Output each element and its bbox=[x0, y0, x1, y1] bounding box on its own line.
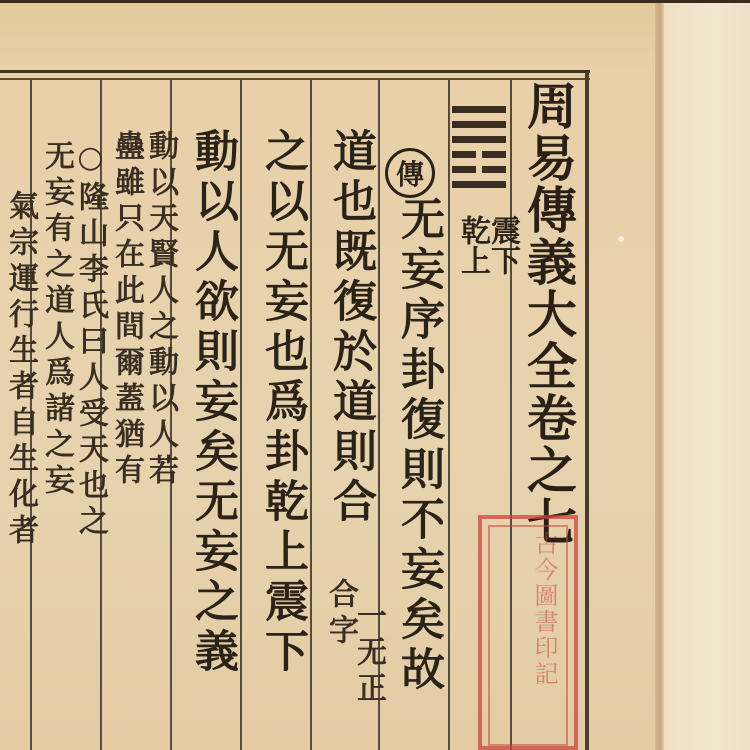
text-column-2-note-b: 一无正 bbox=[346, 600, 390, 708]
text-column-2: 道也既復於道則合 bbox=[318, 128, 382, 528]
hexagram-line bbox=[452, 136, 506, 143]
text-column-7: 氣宗運行生者自生化者 bbox=[0, 190, 42, 550]
text-column-4: 動以人欲則妄矣无妄之義 bbox=[180, 128, 244, 678]
frame-top-border bbox=[0, 70, 590, 80]
upper-trigram-label: 乾上 bbox=[450, 215, 494, 275]
hexagram-line bbox=[452, 151, 506, 158]
top-shadow bbox=[0, 0, 750, 3]
commentary-mark-icon: 傳 bbox=[385, 148, 435, 198]
hexagram-line bbox=[452, 181, 506, 188]
hexagram-line bbox=[452, 106, 506, 113]
book-title: 周易傳義大全卷之七 bbox=[512, 80, 584, 548]
text-column-3: 之以无妄也爲卦乾上震下 bbox=[250, 128, 314, 678]
hexagram-symbol bbox=[452, 98, 506, 196]
text-column-1: 无妄序卦復則不妄矣故 bbox=[386, 196, 450, 696]
red-seal-stamp: 古今圖書印記 bbox=[478, 515, 578, 750]
frame-right-border bbox=[585, 72, 589, 750]
paper-blemish bbox=[618, 236, 624, 242]
seal-text: 古今圖書印記 bbox=[488, 525, 568, 746]
adjacent-leaf bbox=[664, 0, 750, 750]
hexagram-line bbox=[452, 166, 506, 173]
hexagram-line bbox=[452, 121, 506, 128]
